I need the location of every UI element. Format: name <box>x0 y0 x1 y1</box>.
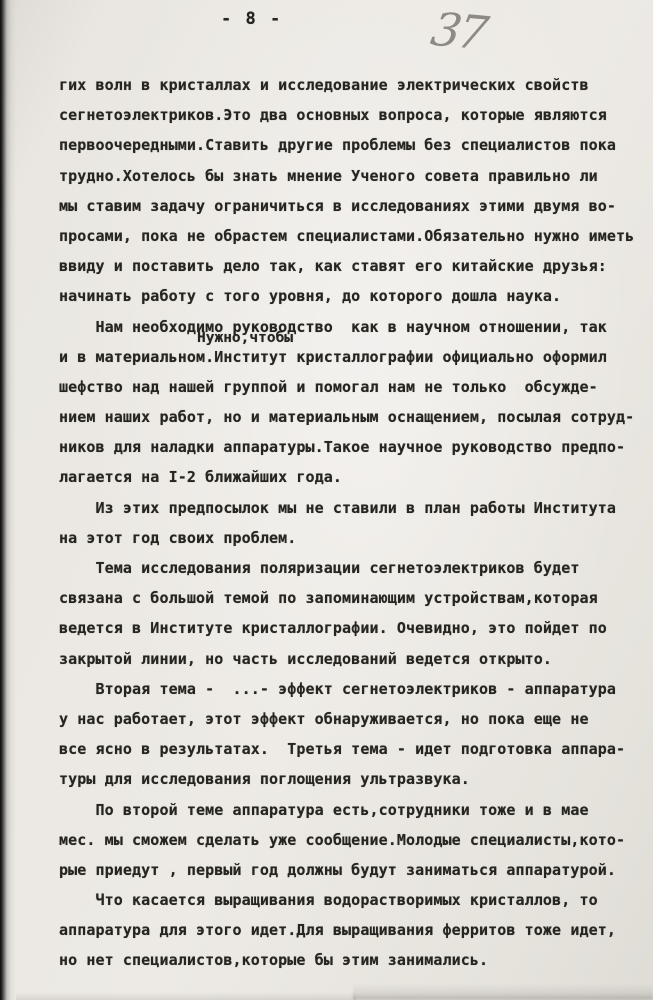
text-line: Вторая тема - ...- эффект сегнетоэлектри… <box>59 674 645 704</box>
text-line: закрытой линии, но часть исследований ве… <box>59 644 645 674</box>
text-line: шефство над нашей группой и помогал нам … <box>59 372 645 402</box>
text-line: но нет специалистов,которые бы этим зани… <box>59 945 645 975</box>
text-line: лагается на I-2 ближайших года. <box>59 462 645 492</box>
text-line: сегнетоэлектриков.Это два основных вопро… <box>59 100 645 130</box>
text-line: мес. мы сможем сделать уже сообщение.Мол… <box>59 825 645 855</box>
text-line: По второй теме аппаратура есть,сотрудник… <box>59 795 645 825</box>
text-line: туры для исследования поглощения ультраз… <box>59 764 645 794</box>
text-line: Тема исследования поляризации сегнетоэле… <box>59 553 645 583</box>
text-line: Что касается выращивания водорастворимых… <box>59 885 645 915</box>
text-line: ведется в Институте кристаллографии. Оче… <box>59 613 645 643</box>
text-line: рые приедут , первый год должны будут за… <box>59 855 645 885</box>
text-line: начинать работу с того уровня, до которо… <box>59 281 645 311</box>
text-line: у нас работает, этот эффект обнаруживает… <box>59 704 645 734</box>
text-line: ников для наладки аппаратуры.Такое научн… <box>59 432 645 462</box>
text-line: связана с большой темой по запоминающим … <box>59 583 645 613</box>
document-page: - 8 - 37 гих волн в кристаллах и исследо… <box>0 0 653 1000</box>
typewritten-text-body: гих волн в кристаллах и исследование эле… <box>59 70 645 976</box>
text-line: на этот год своих проблем. <box>59 523 645 553</box>
interline-insertion-note: Нужно,чтобы <box>197 330 293 346</box>
text-line: и в материальном.Институт кристаллографи… <box>59 342 645 372</box>
text-line: нием наших работ, но и материальным осна… <box>59 402 645 432</box>
text-line: ввиду и поставить дело так, как ставят е… <box>59 251 645 281</box>
scan-left-edge-shadow <box>0 0 16 1000</box>
typed-page-number: - 8 - <box>221 9 282 29</box>
text-line: аппаратура для этого идет.Для выращивани… <box>59 915 645 945</box>
scan-bottom-left-shadow <box>16 992 356 1000</box>
text-line: мы ставим задачу ограничиться в исследов… <box>59 191 645 221</box>
text-line: Из этих предпосылок мы не ставили в план… <box>59 493 645 523</box>
handwritten-page-number: 37 <box>427 2 490 60</box>
text-line: Нам необходимо руководство как в научном… <box>59 312 645 342</box>
text-line: все ясно в результатах. Третья тема - ид… <box>59 734 645 764</box>
scan-bottom-right-shadow <box>353 984 653 1000</box>
text-line: первоочередными.Ставить другие проблемы … <box>59 130 645 160</box>
text-line: трудно.Хотелось бы знать мнение Ученого … <box>59 161 645 191</box>
text-line: гих волн в кристаллах и исследование эле… <box>59 70 645 100</box>
text-line: просами, пока не обрастем специалистами.… <box>59 221 645 251</box>
